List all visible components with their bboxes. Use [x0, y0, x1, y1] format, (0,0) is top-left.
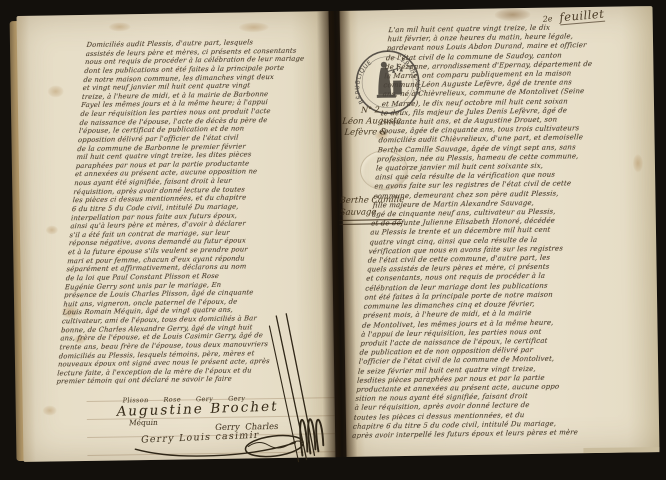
- foxing-stain: [494, 8, 530, 22]
- margin-note-act-number: N° 2: [361, 105, 380, 114]
- foxing-stain: [239, 22, 269, 32]
- stamp-text-francaise: FRANÇAISE: [399, 57, 421, 97]
- foxing-stain: [48, 85, 64, 97]
- foxing-stain: [46, 225, 58, 234]
- book-spread: Domiciliés audit Plessis, d'autre part, …: [17, 6, 660, 462]
- scanned-register-spread: Domiciliés audit Plessis, d'autre part, …: [0, 0, 666, 480]
- underlying-page-bottom-edge: [583, 447, 659, 453]
- signature-mequin: Méquin: [128, 418, 158, 427]
- foxing-stain: [109, 22, 131, 31]
- book-gutter-shadow: [316, 11, 357, 457]
- stamp-text-republique: RÉPUBLIQUE: [353, 59, 374, 105]
- allegorical-figure-icon: [376, 61, 403, 97]
- mayor-paraph-flourish: [236, 313, 333, 464]
- folio-number: 2e: [542, 11, 553, 24]
- foxing-stain: [43, 405, 57, 415]
- svg-text:RÉPUBLIQUE: RÉPUBLIQUE: [353, 59, 374, 105]
- svg-text:FRANÇAISE: FRANÇAISE: [399, 57, 421, 97]
